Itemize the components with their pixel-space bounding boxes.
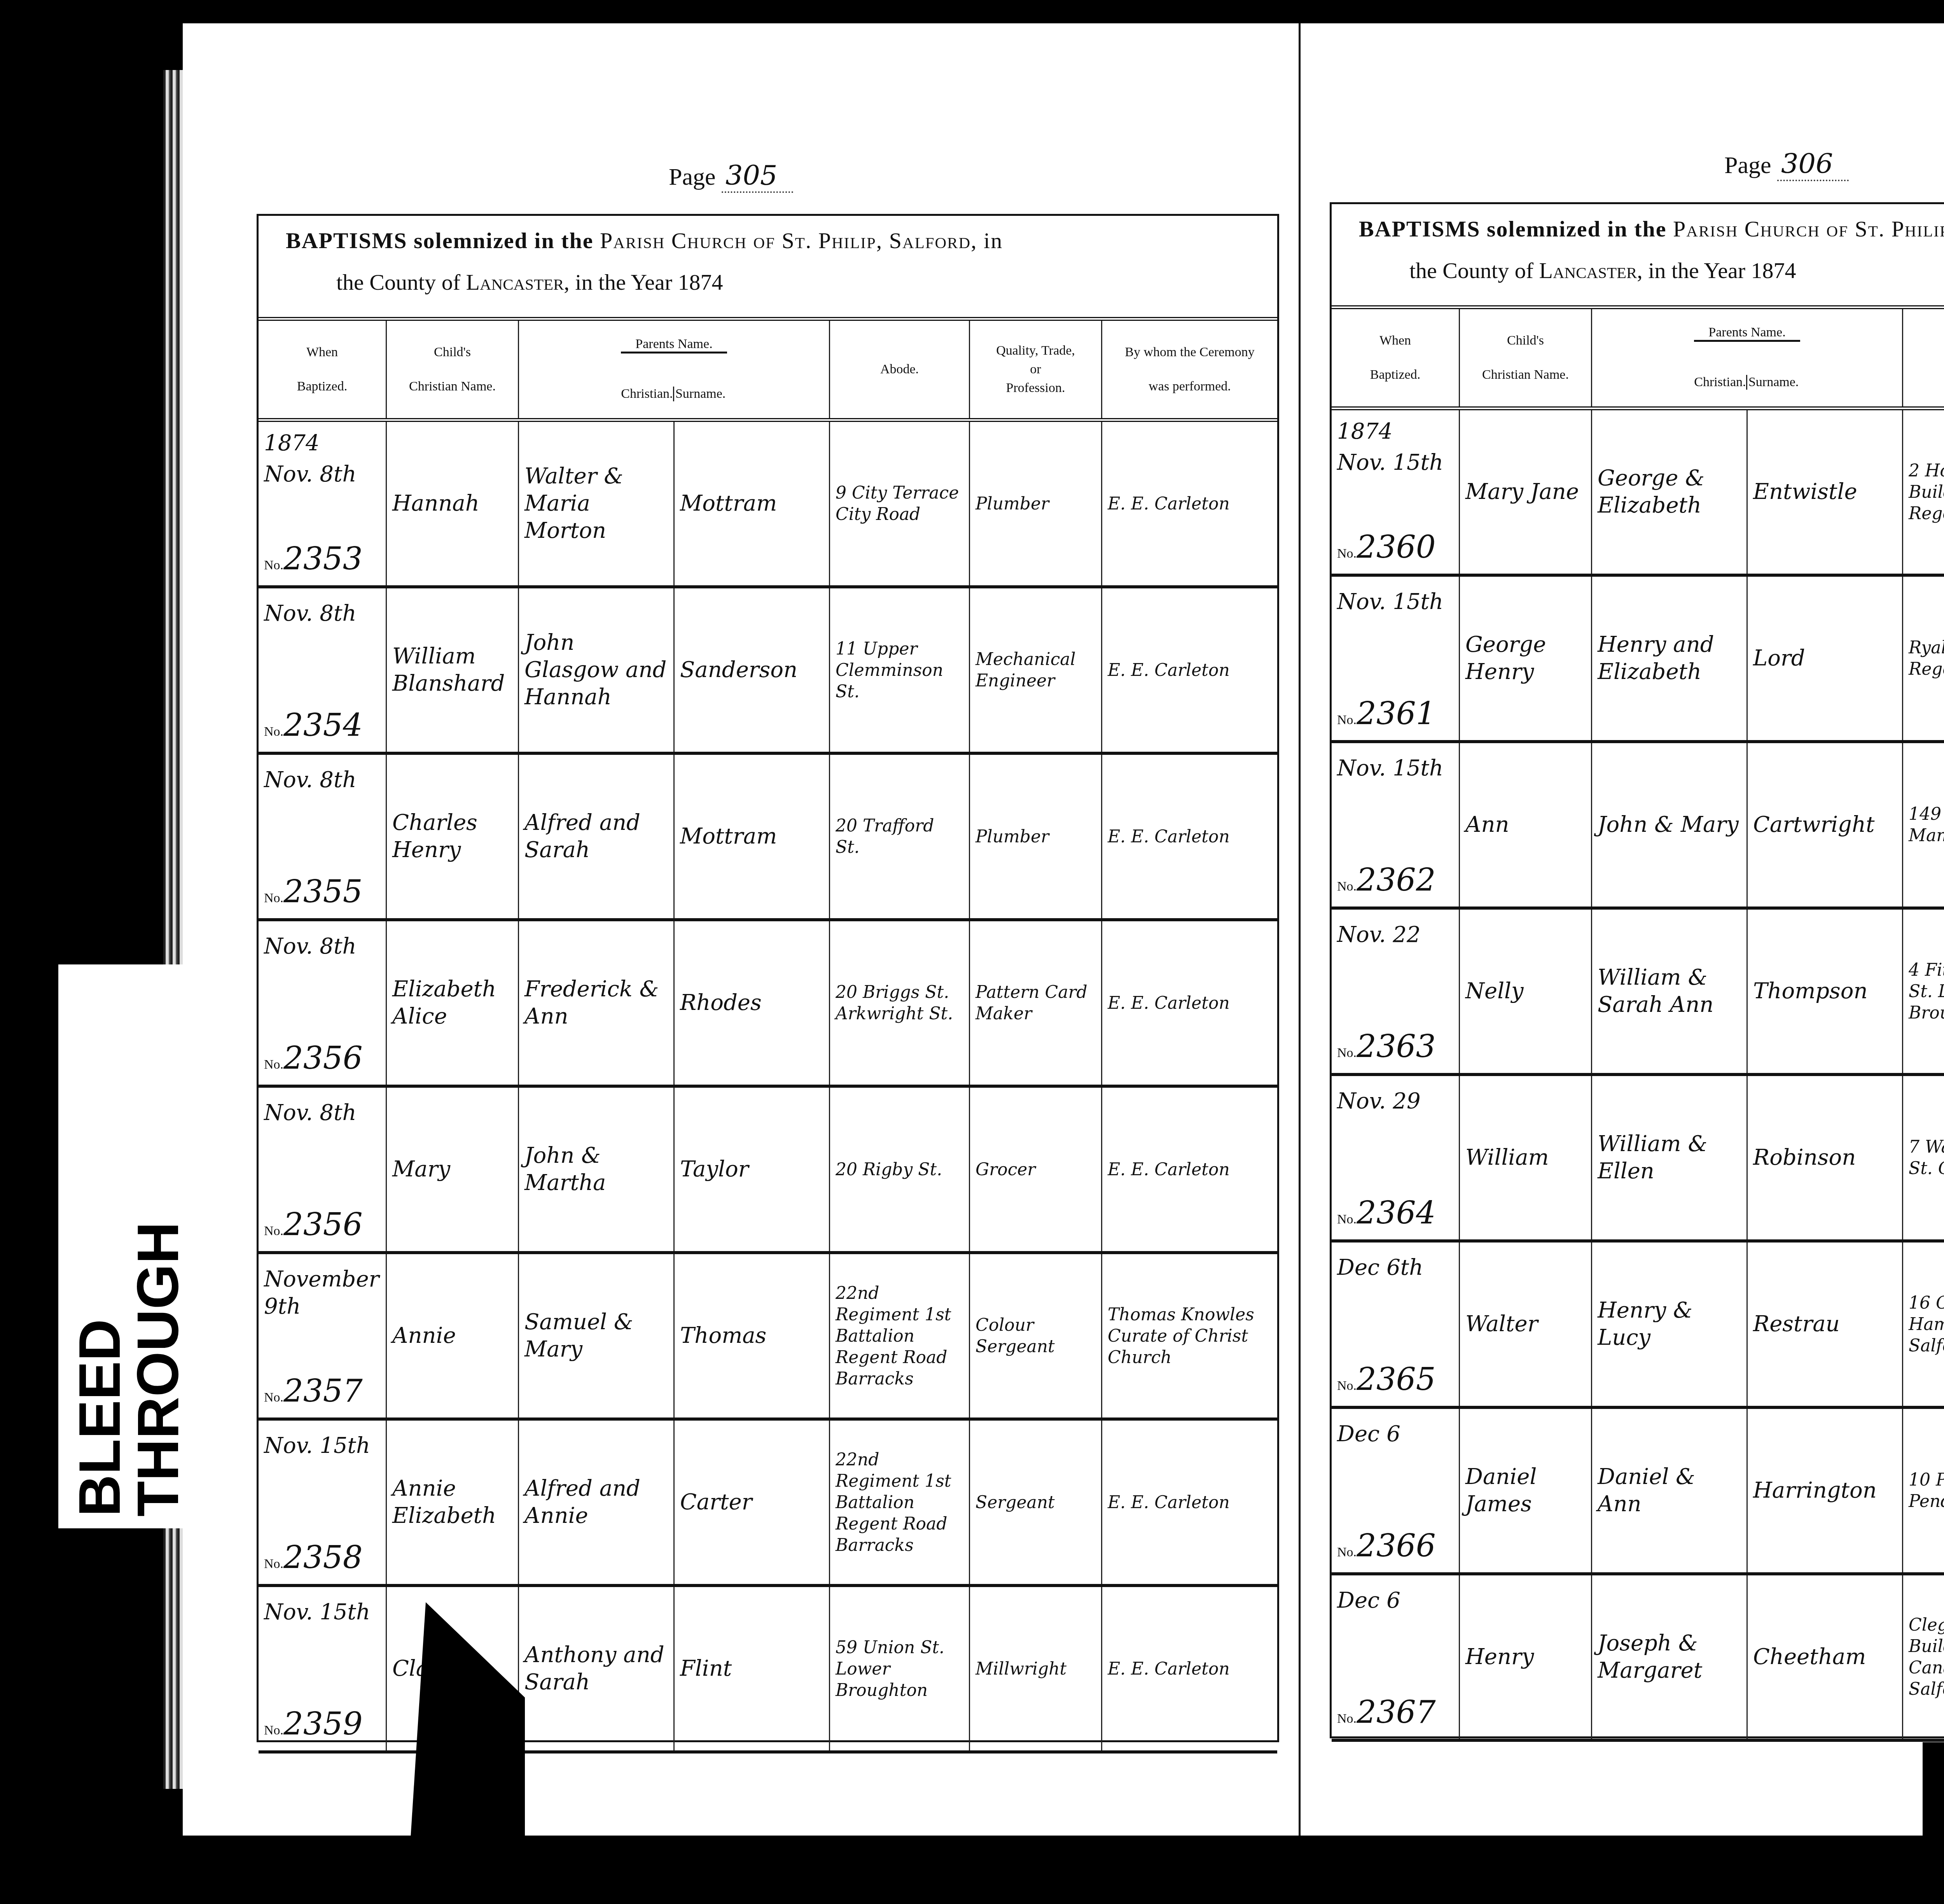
bleed-label-line1: BLEED [66, 1319, 133, 1517]
table-row: Nov. 8th No.2354 William Blanshard John … [259, 588, 1277, 755]
cell-parents-christian: Henry & Lucy [1592, 1242, 1748, 1406]
cell-abode: 22nd Regiment 1st Battalion Regent Road … [830, 1421, 970, 1584]
baptism-date: Nov. 15th [1337, 755, 1453, 782]
entry-number: No.2355 [264, 872, 363, 911]
entry-number: No.2363 [1337, 1027, 1436, 1066]
cell-abode: 20 Briggs St. Arkwright St. [830, 921, 970, 1085]
cell-child-name: George Henry [1460, 577, 1592, 740]
cell-profession: Plumber [970, 422, 1102, 585]
cell-surname: Carter [675, 1421, 830, 1584]
cell-child-name: Mary [387, 1088, 519, 1251]
cell-officiant: E. E. Carleton [1102, 1587, 1277, 1750]
cell-when-baptized: Nov. 8th No.2356 [259, 921, 387, 1085]
table-row: Nov. 15th No.2359 Clara Anthony and Sara… [259, 1587, 1277, 1753]
cell-when-baptized: 1874 Nov. 15th No.2360 [1332, 410, 1460, 574]
cell-when-baptized: Nov. 15th No.2358 [259, 1421, 387, 1584]
cell-surname: Restrau [1748, 1242, 1903, 1406]
col-quality: Quality, Trade,orProfession. [970, 321, 1102, 418]
register-table: BAPTISMS solemnized in the Parish Church… [257, 214, 1279, 1742]
title-county: Lancaster, [466, 269, 569, 295]
cell-child-name: Annie [387, 1254, 519, 1417]
baptism-date: Dec 6 [1337, 1421, 1453, 1448]
col-when: WhenBaptized. [1332, 309, 1460, 406]
table-row: November 9th No.2357 Annie Samuel & Mary… [259, 1254, 1277, 1421]
title-year: in the Year 1874 [575, 269, 723, 295]
cell-parents-christian: Alfred and Annie [519, 1421, 675, 1584]
baptism-date: Nov. 8th [264, 461, 380, 488]
table-row: Nov. 15th No.2362 Ann John & Mary Cartwr… [1332, 743, 1944, 910]
table-row: Nov. 29 No.2364 William William & Ellen … [1332, 1076, 1944, 1242]
entry-number: No.2356 [264, 1205, 363, 1244]
table-row: Dec 6 No.2366 Daniel James Daniel & Ann … [1332, 1409, 1944, 1575]
baptism-date: Nov. 8th [264, 766, 380, 794]
cell-abode: 9 City Terrace City Road [830, 422, 970, 585]
cell-when-baptized: Nov. 8th No.2354 [259, 588, 387, 752]
cell-profession: Colour Sergeant [970, 1254, 1102, 1417]
register-table: BAPTISMS solemnized in the Parish Church… [1330, 202, 1944, 1738]
table-row: Nov. 8th No.2355 Charles Henry Alfred an… [259, 755, 1277, 921]
cell-surname: Flint [675, 1587, 830, 1750]
title-county-prefix: the County of [336, 269, 460, 295]
cell-child-name: Henry [1460, 1575, 1592, 1739]
baptism-date: Nov. 29 [1337, 1088, 1453, 1115]
table-row: Nov. 15th No.2358 Annie Elizabeth Alfred… [259, 1421, 1277, 1587]
cell-profession: Plumber [970, 755, 1102, 918]
col-surname: Surname. [674, 387, 727, 401]
table-row: Nov. 8th No.2356 Mary John & Martha Tayl… [259, 1088, 1277, 1254]
cell-when-baptized: Nov. 8th No.2356 [259, 1088, 387, 1251]
cell-child-name: Walter [1460, 1242, 1592, 1406]
entries: 1874 Nov. 15th No.2360 Mary Jane George … [1332, 410, 1944, 1742]
cell-officiant: E. E. Carleton [1102, 588, 1277, 752]
cell-parents-christian: Henry and Elizabeth [1592, 577, 1748, 740]
cell-parents-christian: William & Ellen [1592, 1076, 1748, 1239]
baptism-date: Dec 6 [1337, 1587, 1453, 1614]
col-christian: Christian. [1694, 375, 1747, 390]
cell-parents-christian: Joseph & Margaret [1592, 1575, 1748, 1739]
cell-when-baptized: Dec 6th No.2365 [1332, 1242, 1460, 1406]
cell-when-baptized: Dec 6 No.2366 [1332, 1409, 1460, 1572]
page-label: Page [1724, 152, 1771, 178]
cell-officiant: E. E. Carleton [1102, 755, 1277, 918]
cell-officiant: E. E. Carleton [1102, 1421, 1277, 1584]
table-row: Nov. 22 No.2363 Nelly William & Sarah An… [1332, 910, 1944, 1076]
baptism-date: Nov. 8th [264, 600, 380, 627]
cell-surname: Lord [1748, 577, 1903, 740]
cell-officiant: E. E. Carleton [1102, 921, 1277, 1085]
baptism-date: Nov. 15th [264, 1432, 380, 1459]
cell-surname: Thomas [675, 1254, 830, 1417]
cell-surname: Mottram [675, 422, 830, 585]
title-suffix: in [984, 228, 1003, 253]
cell-surname: Rhodes [675, 921, 830, 1085]
page-label: Page [669, 164, 716, 190]
col-christian: Christian. [621, 387, 674, 401]
col-parents: Parents Name. Christian.Surname. [519, 321, 830, 418]
year-written: 1874 [1337, 418, 1453, 445]
baptism-date: Nov. 15th [264, 1599, 380, 1626]
register-title: BAPTISMS solemnized in the Parish Church… [1332, 204, 1944, 309]
cell-surname: Harrington [1748, 1409, 1903, 1572]
cell-abode: 59 Union St. Lower Broughton [830, 1587, 970, 1750]
cell-parents-christian: John & Mary [1592, 743, 1748, 906]
cell-abode: 20 Rigby St. [830, 1088, 970, 1251]
entry-number: No.2365 [1337, 1360, 1436, 1399]
cell-when-baptized: Nov. 29 No.2364 [1332, 1076, 1460, 1239]
cell-parents-christian: William & Sarah Ann [1592, 910, 1748, 1073]
cell-surname: Cartwright [1748, 743, 1903, 906]
cell-child-name: Ann [1460, 743, 1592, 906]
entry-number: No.2367 [1337, 1693, 1436, 1732]
right-page: Page 306 BAPTISMS solemnized in the Pari… [1301, 23, 1944, 1836]
entry-number: No.2364 [1337, 1193, 1436, 1232]
cell-child-name: Annie Elizabeth [387, 1421, 519, 1584]
cell-when-baptized: 1874 Nov. 8th No.2353 [259, 422, 387, 585]
table-row: Nov. 15th No.2361 George Henry Henry and… [1332, 577, 1944, 743]
cell-surname: Entwistle [1748, 410, 1903, 574]
cell-surname: Thompson [1748, 910, 1903, 1073]
cell-surname: Mottram [675, 755, 830, 918]
year-written: 1874 [264, 430, 380, 457]
entry-number: No.2361 [1337, 694, 1436, 733]
table-row: 1874 Nov. 8th No.2353 Hannah Walter & Ma… [259, 422, 1277, 588]
left-page: Page 305 BAPTISMS solemnized in the Pari… [183, 23, 1300, 1836]
entry-number: No.2366 [1337, 1526, 1436, 1565]
cell-surname: Robinson [1748, 1076, 1903, 1239]
cell-parents-christian: Samuel & Mary [519, 1254, 675, 1417]
page-number-value: 306 [1777, 148, 1849, 181]
entries: 1874 Nov. 8th No.2353 Hannah Walter & Ma… [259, 422, 1277, 1753]
entry-number: No.2358 [264, 1538, 363, 1577]
page-number: Page 306 [1724, 148, 1849, 180]
entry-number: No.2359 [264, 1704, 363, 1743]
bleed-through-label: BLEED THROUGH [58, 964, 183, 1528]
cell-abode: 22nd Regiment 1st Battalion Regent Road … [830, 1254, 970, 1417]
table-row: Nov. 8th No.2356 Elizabeth Alice Frederi… [259, 921, 1277, 1088]
cell-abode: 20 Trafford St. [830, 755, 970, 918]
page-number-value: 305 [722, 159, 793, 193]
cell-profession: Pattern Card Maker [970, 921, 1102, 1085]
cell-child-name: William [1460, 1076, 1592, 1239]
cell-when-baptized: Nov. 22 No.2363 [1332, 910, 1460, 1073]
col-abode: Abode. [830, 321, 970, 418]
baptism-date: Nov. 8th [264, 1099, 380, 1127]
col-when: WhenBaptized. [259, 321, 387, 418]
cell-abode: 7 Waddington St. George St. [1903, 1076, 1944, 1239]
cell-officiant: Thomas Knowles Curate of Christ Church [1102, 1254, 1277, 1417]
col-abode: Abode. [1903, 309, 1944, 406]
cell-child-name: Hannah [387, 422, 519, 585]
cell-when-baptized: November 9th No.2357 [259, 1254, 387, 1417]
table-row: Dec 6 No.2367 Henry Joseph & Margaret Ch… [1332, 1575, 1944, 1742]
baptism-date: Nov. 22 [1337, 921, 1453, 948]
cell-abode: 10 Peel St. Pendleton [1903, 1409, 1944, 1572]
cell-when-baptized: Nov. 8th No.2355 [259, 755, 387, 918]
baptism-date: November 9th [264, 1266, 380, 1320]
title-prefix: BAPTISMS solemnized in the [286, 228, 594, 253]
col-child: Child'sChristian Name. [387, 321, 519, 418]
cell-parents-christian: Walter & Maria Morton [519, 422, 675, 585]
cell-parents-christian: Daniel & Ann [1592, 1409, 1748, 1572]
page-number: Page 305 [669, 159, 793, 191]
column-headers: WhenBaptized. Child'sChristian Name. Par… [259, 321, 1277, 422]
register-title: BAPTISMS solemnized in the Parish Church… [259, 216, 1277, 321]
cell-abode: 2 Howarth's Buildings Regent St. [1903, 410, 1944, 574]
cell-parents-christian: Frederick & Ann [519, 921, 675, 1085]
cell-abode: 16 Charles St. Hampson Salford [1903, 1242, 1944, 1406]
cell-profession: Grocer [970, 1088, 1102, 1251]
col-child: Child'sChristian Name. [1460, 309, 1592, 406]
cell-abode: 11 Upper Clemminson St. [830, 588, 970, 752]
cell-parents-christian: John & Martha [519, 1088, 675, 1251]
entry-number: No.2354 [264, 706, 363, 745]
entry-number: No.2356 [264, 1039, 363, 1078]
cell-abode: 149 Water St. Manchester [1903, 743, 1944, 906]
cell-officiant: E. E. Carleton [1102, 422, 1277, 585]
cell-parents-christian: Alfred and Sarah [519, 755, 675, 918]
col-surname: Surname. [1747, 375, 1800, 390]
col-parents: Parents Name. Christian.Surname. [1592, 309, 1903, 406]
cell-profession: Millwright [970, 1587, 1102, 1750]
cell-child-name: William Blanshard [387, 588, 519, 752]
cell-parents-christian: John Glasgow and Hannah [519, 588, 675, 752]
cell-when-baptized: Nov. 15th No.2361 [1332, 577, 1460, 740]
cell-child-name: Daniel James [1460, 1409, 1592, 1572]
cell-parents-christian: Anthony and Sarah [519, 1587, 675, 1750]
cell-abode: 4 Fitz-William St. Lower Broughton [1903, 910, 1944, 1073]
entry-number: No.2353 [264, 539, 363, 578]
table-row: Dec 6th No.2365 Walter Henry & Lucy Rest… [1332, 1242, 1944, 1409]
cell-surname: Cheetham [1748, 1575, 1903, 1739]
baptism-date: Nov. 15th [1337, 449, 1453, 476]
baptism-date: Dec 6th [1337, 1254, 1453, 1281]
cell-when-baptized: Nov. 15th No.2362 [1332, 743, 1460, 906]
cell-abode: Ryall St. Regent Rd. [1903, 577, 1944, 740]
entry-number: No.2360 [1337, 528, 1436, 567]
cell-profession: Mechanical Engineer [970, 588, 1102, 752]
cell-child-name: Nelly [1460, 910, 1592, 1073]
cell-when-baptized: Nov. 15th No.2359 [259, 1587, 387, 1750]
shadow-obstruction [1923, 1742, 1944, 1859]
entry-number: No.2362 [1337, 861, 1436, 899]
cell-when-baptized: Dec 6 No.2367 [1332, 1575, 1460, 1739]
table-row: 1874 Nov. 15th No.2360 Mary Jane George … [1332, 410, 1944, 577]
cell-parents-christian: George & Elizabeth [1592, 410, 1748, 574]
entry-number: No.2357 [264, 1372, 363, 1410]
bleed-label-line2: THROUGH [124, 1222, 192, 1517]
column-headers: WhenBaptized. Child'sChristian Name. Par… [1332, 309, 1944, 410]
baptism-date: Nov. 15th [1337, 588, 1453, 616]
cell-child-name: Charles Henry [387, 755, 519, 918]
col-bywhom: By whom the Ceremonywas performed. [1102, 321, 1277, 418]
cell-child-name: Mary Jane [1460, 410, 1592, 574]
baptism-date: Nov. 8th [264, 933, 380, 960]
title-church: Parish Church of St. Philip, Salford, [600, 228, 977, 253]
cell-surname: Taylor [675, 1088, 830, 1251]
cell-surname: Sanderson [675, 588, 830, 752]
cell-officiant: E. E. Carleton [1102, 1088, 1277, 1251]
cell-child-name: Elizabeth Alice [387, 921, 519, 1085]
cell-profession: Sergeant [970, 1421, 1102, 1584]
cell-abode: Clegg's Buildings Canal St. Salford [1903, 1575, 1944, 1739]
